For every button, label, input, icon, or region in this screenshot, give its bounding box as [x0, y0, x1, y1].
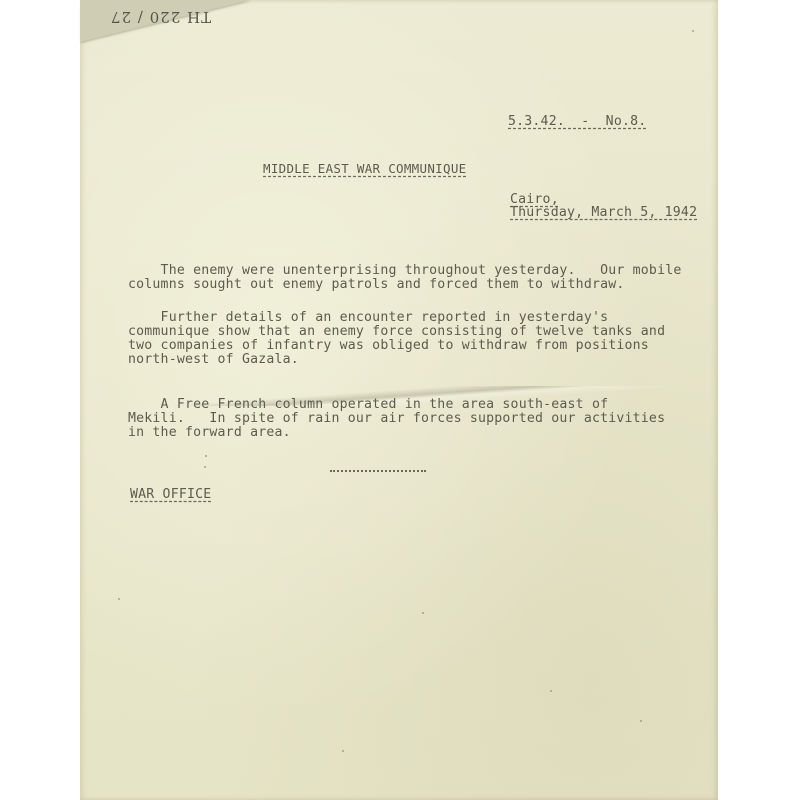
reference-number: 5.3.42. - No.8.: [508, 114, 646, 129]
paragraph-line: communique show that an enemy force cons…: [128, 324, 665, 339]
sign-off: WAR OFFICE: [130, 487, 211, 502]
paper-speck: [692, 30, 694, 32]
document-title: MIDDLE EAST WAR COMMUNIQUE: [263, 161, 466, 176]
paragraph-line: The enemy were unenterprising throughout…: [128, 263, 682, 278]
paragraph-line: north-west of Gazala.: [128, 352, 299, 367]
paragraph-line: two companies of infantry was obliged to…: [128, 338, 649, 353]
paper-speck: [205, 455, 207, 457]
section-separator: [330, 470, 426, 472]
handwritten-reference: TH 220 / 27: [110, 8, 211, 26]
paper-speck: [422, 612, 424, 614]
paragraph-line: Further details of an encounter reported…: [128, 310, 608, 325]
document-page: TH 220 / 27 5.3.42. - No.8. MIDDLE EAST …: [80, 0, 718, 800]
paragraph-line: in the forward area.: [128, 425, 291, 440]
paper-speck: [550, 690, 552, 692]
paper-speck: [640, 720, 642, 722]
dateline-date: Thursday, March 5, 1942: [510, 205, 697, 220]
paragraph-line: columns sought out enemy patrols and for…: [128, 277, 625, 292]
paper-speck: [204, 466, 206, 468]
paragraph-line: A Free French column operated in the are…: [128, 397, 608, 412]
paper-speck: [342, 750, 344, 752]
paper-speck: [118, 598, 120, 600]
paragraph-line: Mekili. In spite of rain our air forces …: [128, 411, 665, 426]
